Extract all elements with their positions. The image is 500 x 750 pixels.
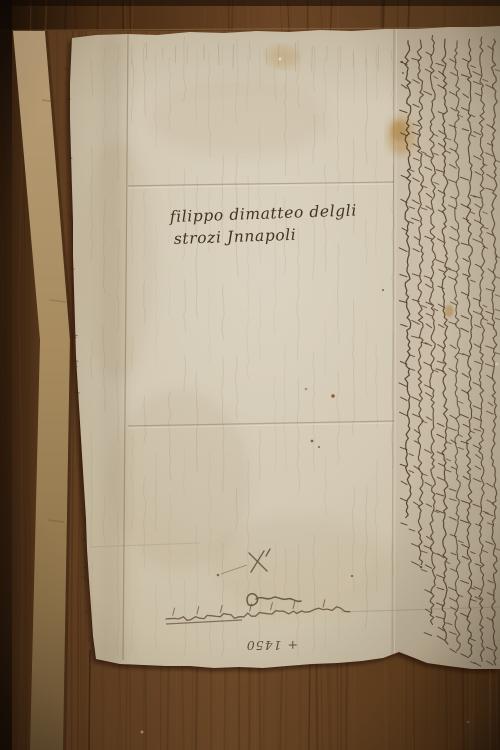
vignette-overlay	[0, 0, 500, 750]
photo-canvas: filippo dimatteo delgli strozi Jnnapoli …	[0, 0, 500, 750]
manuscript-photo: filippo dimatteo delgli strozi Jnnapoli …	[0, 0, 500, 750]
